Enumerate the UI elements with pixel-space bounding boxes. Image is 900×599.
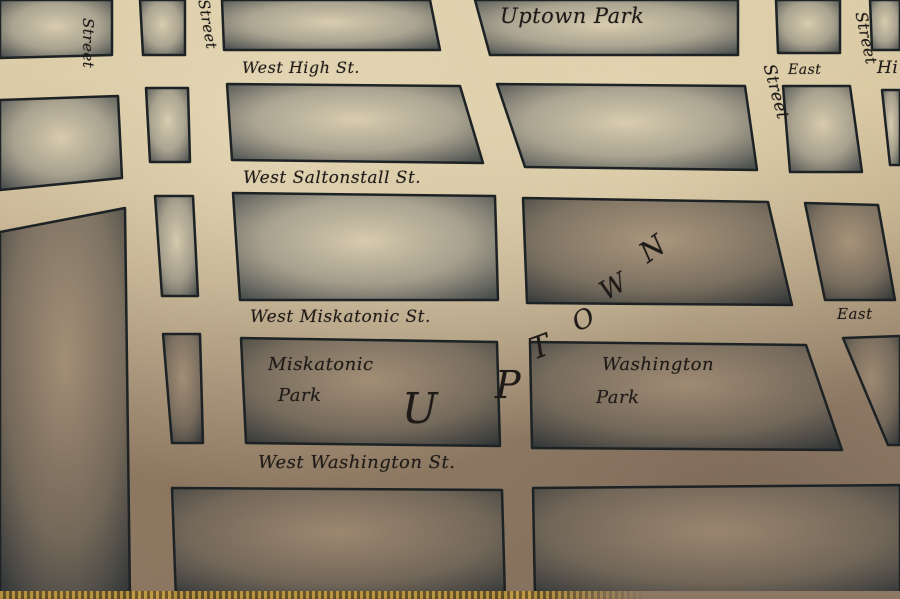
district-letter-p: P [495, 363, 521, 407]
block [843, 336, 900, 445]
street-label-west-high: West High St. [242, 58, 360, 77]
block [533, 485, 900, 599]
street-label-east-right: East [837, 305, 873, 323]
park-label-uptown: Uptown Park [500, 4, 644, 28]
map-canvas: West High St. West Saltonstall St. West … [0, 0, 900, 599]
park-label-miskatonic-line1: Miskatonic [268, 354, 374, 375]
block [882, 90, 900, 165]
block [222, 0, 440, 50]
street-label-west-miskatonic: West Miskatonic St. [250, 307, 431, 327]
street-label-west-washington: West Washington St. [258, 452, 455, 473]
block [776, 0, 840, 53]
street-label-street-left: Street [79, 18, 97, 68]
block [163, 334, 203, 443]
park-label-miskatonic-line2: Park [278, 385, 322, 406]
district-letter-u: U [402, 384, 438, 433]
block [227, 84, 483, 163]
block [233, 193, 498, 300]
block [146, 88, 190, 162]
street-label-west-saltonstall: West Saltonstall St. [243, 168, 421, 188]
block [172, 488, 505, 599]
block [155, 196, 198, 296]
block [497, 84, 757, 170]
park-label-washington-line2: Park [596, 387, 640, 408]
block [0, 96, 122, 190]
park-label-washington-line1: Washington [602, 354, 714, 375]
block [140, 0, 185, 55]
block [805, 203, 895, 300]
block [783, 86, 862, 172]
street-label-east-top: East [788, 62, 821, 78]
fringe-fade [540, 591, 900, 599]
block [0, 208, 130, 599]
